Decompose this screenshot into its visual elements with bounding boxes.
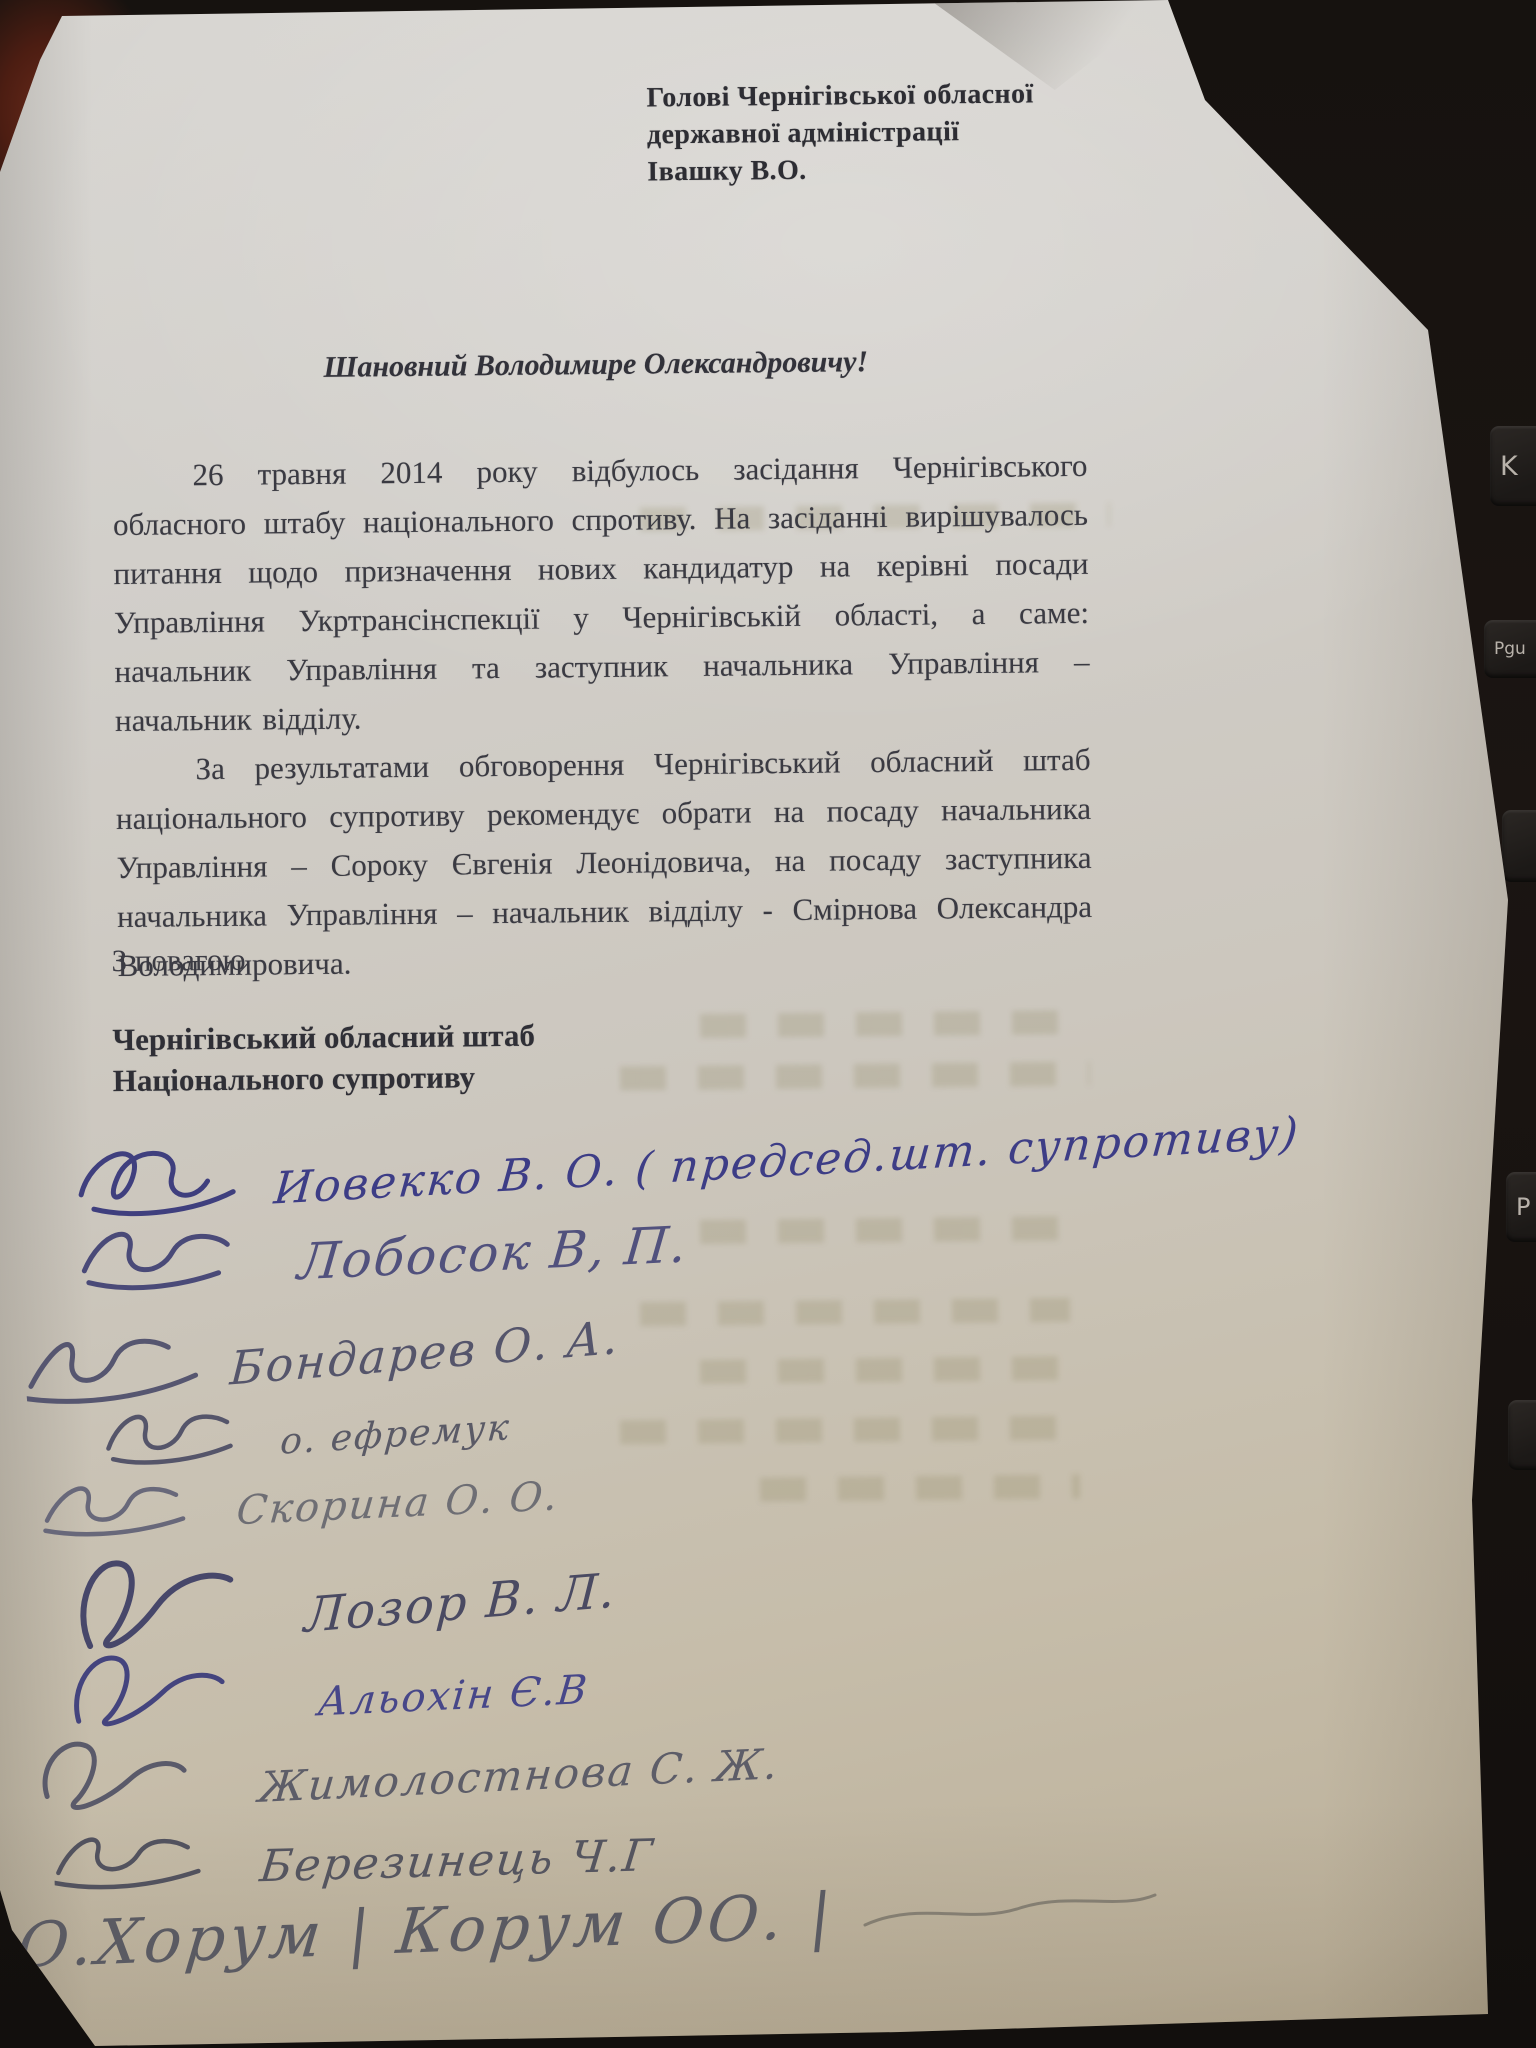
- signature-row: Березинець Ч.Г: [53, 1806, 655, 1898]
- sender-line: Національного супротиву: [113, 1056, 536, 1101]
- keyboard-key-blank: [1502, 810, 1536, 882]
- recipient-block: Голові Чернігівської обласної державної …: [646, 75, 1067, 190]
- paragraph-2: За результатами обговорення Чернігівськи…: [115, 735, 1093, 990]
- letter-content: Голові Чернігівської обласної державної …: [0, 0, 1536, 2048]
- keyboard-key-k: K: [1490, 426, 1536, 506]
- sender-block: Чернігівський обласний штаб Національног…: [112, 1015, 535, 1101]
- signature-stroke: [70, 1131, 249, 1225]
- signature-name: Иовекко В. О. ( председ.шт. супротиву): [272, 1108, 1302, 1215]
- signature-stroke: [39, 1466, 192, 1543]
- recipient-line: державної адміністрації: [647, 112, 1067, 153]
- signature-name: Березинець Ч.Г: [257, 1830, 656, 1892]
- closing-phrase: З повагою: [111, 942, 245, 979]
- letter-body: 26 травня 2014 року відбулось засідання …: [112, 441, 1093, 990]
- key-label: K: [1500, 451, 1518, 482]
- signature-stroke: [65, 1639, 229, 1736]
- signature-name: Жимолостнова С. Ж.: [257, 1739, 782, 1812]
- key-label: Pgu: [1494, 639, 1526, 659]
- paragraph-1: 26 травня 2014 року відбулось засідання …: [112, 441, 1090, 745]
- signature-stroke: [21, 1313, 202, 1412]
- sender-line: Чернігівський обласний штаб: [112, 1015, 535, 1060]
- keyboard-key-pgup: Pgu: [1484, 620, 1536, 678]
- signature-name: Лобосок В, П.: [295, 1215, 690, 1291]
- keyboard-key-p: P: [1506, 1172, 1536, 1242]
- key-label: P: [1516, 1193, 1530, 1221]
- pencil-scribble: [860, 1870, 1160, 1950]
- salutation: Шановний Володимире Олександровичу!: [108, 343, 1083, 387]
- signature-stroke: [53, 1819, 205, 1898]
- recipient-line: Івашку В.О.: [647, 149, 1067, 190]
- signature-stroke: [76, 1214, 239, 1301]
- signature-stroke: [36, 1730, 190, 1822]
- signature-stroke: [98, 1395, 242, 1474]
- paper-sheet: Голові Чернігівської обласної державної …: [0, 0, 1536, 2048]
- recipient-line: Голові Чернігівської обласної: [646, 75, 1066, 116]
- keyboard-key-blank: [1508, 1400, 1536, 1470]
- photo-of-document: K Pgu P Голові Чернігівської обласної де…: [0, 0, 1536, 2048]
